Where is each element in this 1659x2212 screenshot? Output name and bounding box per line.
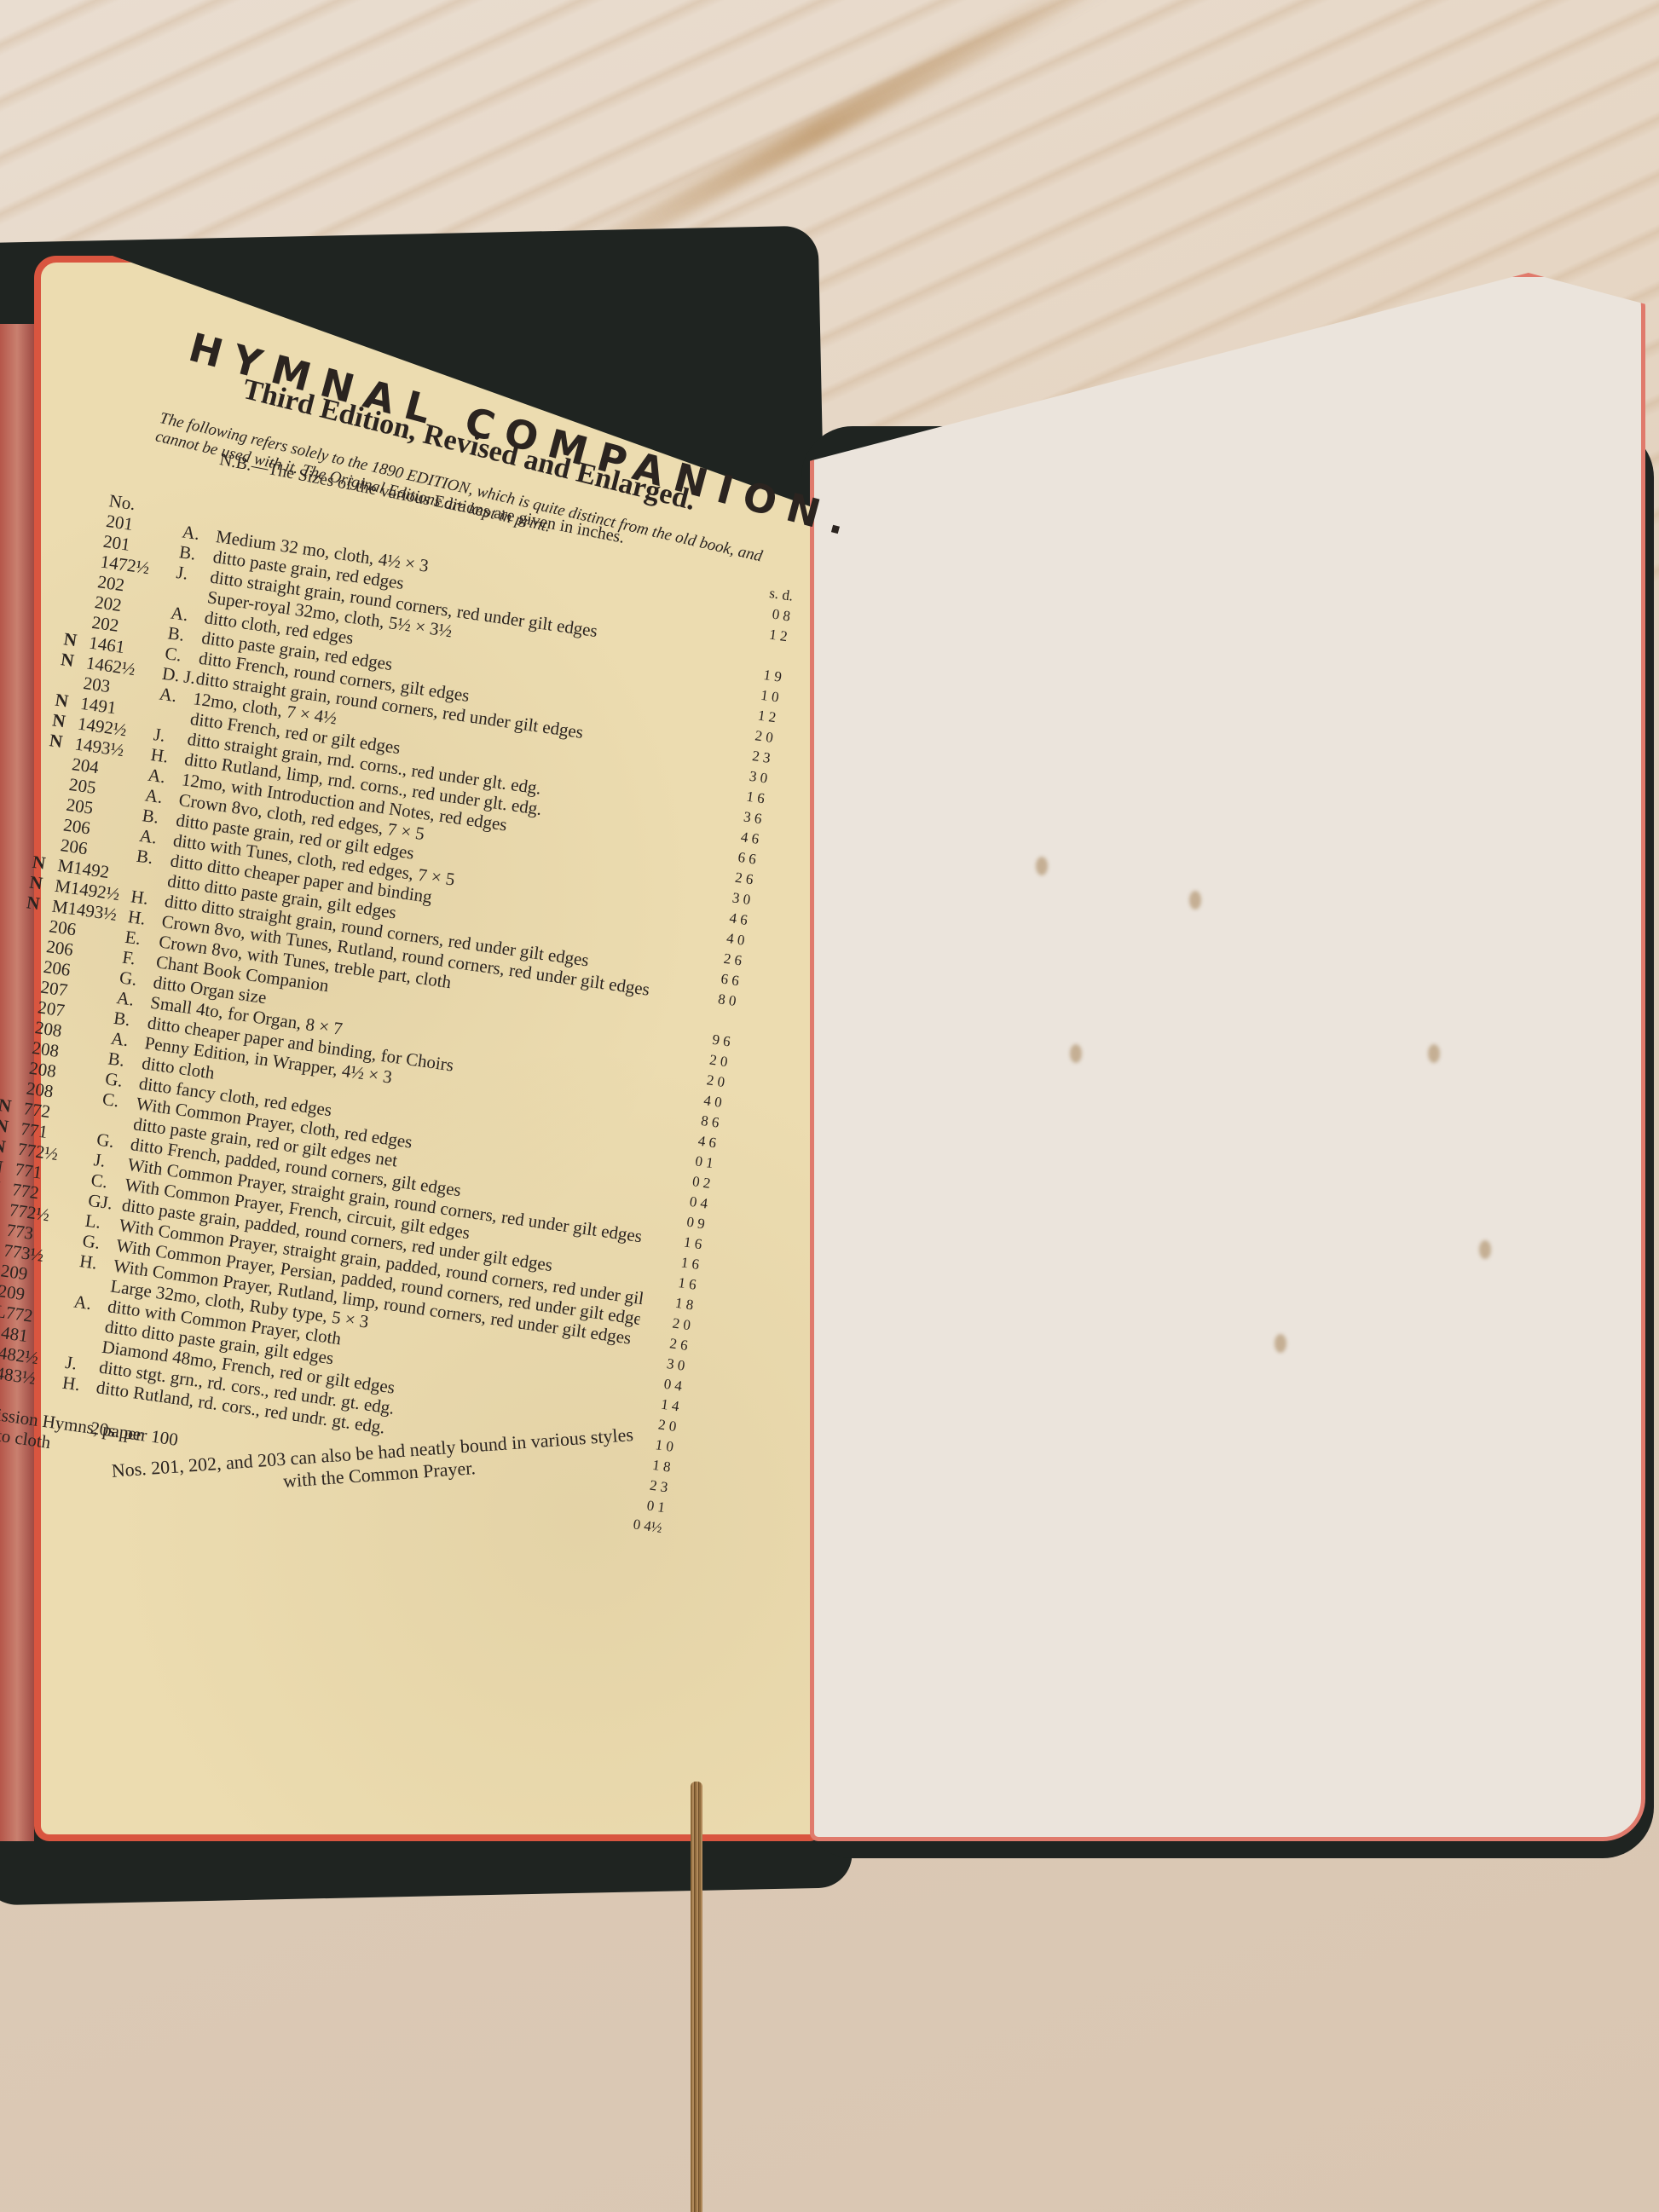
- foxing-spot: [1036, 857, 1048, 875]
- entry-n: N: [0, 1094, 26, 1118]
- entry-n: N: [0, 1115, 22, 1139]
- bookmark-ribbon[interactable]: [691, 1782, 702, 2212]
- foxing-spot: [1070, 1044, 1082, 1063]
- foxing-spot: [1275, 1334, 1286, 1353]
- price-list-text: HYMNAL COMPANION. Third Edition, Revised…: [85, 324, 801, 1506]
- right-page-blank: [810, 273, 1645, 1841]
- foxing-spot: [1428, 1044, 1440, 1063]
- edition-price-list: No. s. d. 201A.Medium 32 mo, cloth, 4½ ×…: [0, 487, 795, 1539]
- foxing-spot: [1479, 1240, 1491, 1259]
- foxing-spot: [1189, 891, 1201, 910]
